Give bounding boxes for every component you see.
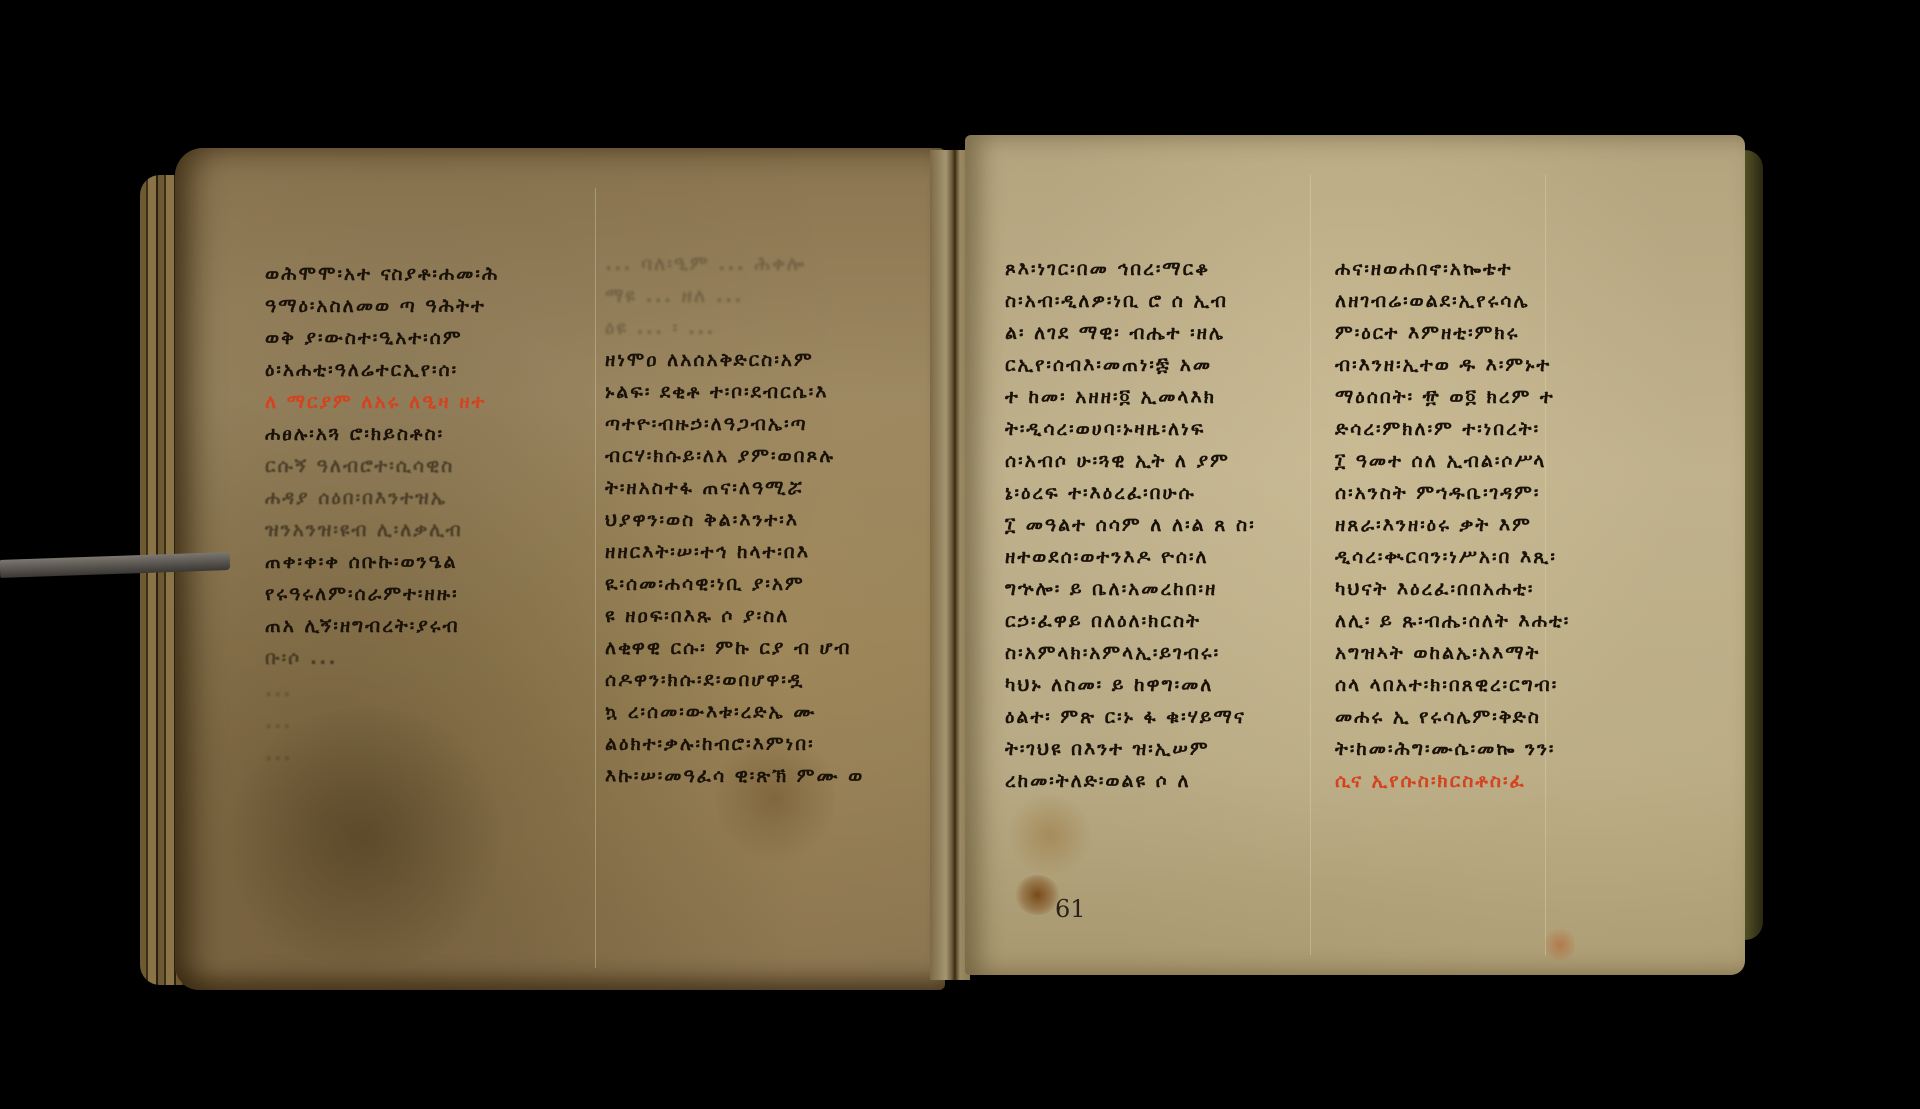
text-line: ካህናት እዕረፈ፡በበአሐቲ፡: [1335, 573, 1570, 605]
text-line: ፲ መዓልተ ሰሳም ለ ለ፡ል ጸ ስ፡: [1005, 509, 1256, 541]
text-line: ማዕሰበት፡ ፹ ወ፬ ክረም ተ: [1335, 381, 1570, 413]
text-line: ዩ ዘዐፍ፡በእጹ ሶ ያ፡ስለ: [605, 600, 864, 632]
left-page-column-2: ... ባለ፡ዒም ... ሕቀሎ ማዩ ... ዘለ ... ዕዩ ... ፡…: [605, 248, 864, 792]
text-line: ጠቀ፡ቀ፡ቀ ሰቡኩ፡ወንዔል: [265, 546, 499, 578]
text-line: ት፡ዲሳረ፡ወሀባ፡ኑዛዜ፡ለነፍ: [1005, 413, 1256, 445]
text-line: ርሱኝ ዓለብሮተ፡ሲሳዊስ: [265, 450, 499, 482]
text-line: ጣተዮ፡ብዙኃ፡ለዓጋብኤ፡ጣ: [605, 408, 864, 440]
text-line: ብርሃ፡ክሱይ፡ለአ ያም፡ወበጾሉ: [605, 440, 864, 472]
text-line: ...: [265, 674, 499, 706]
text-line: ድሳረ፡ምክለ፡ም ተ፡ነበረት፡: [1335, 413, 1570, 445]
text-line: ዪ፡ሰመ፡ሐሳዊ፡ነቢ ያ፡አም: [605, 568, 864, 600]
text-line: ዘተወደሰ፡ወተንእዶ ዮሰ፡ለ: [1005, 541, 1256, 573]
ruling-line: [1310, 175, 1311, 955]
text-line: ህያዋን፡ወስ ቅል፡እንተ፡እ: [605, 504, 864, 536]
text-line: ስ፡አብ፡ዲለዎ፡ነቢ ሮ ሰ ኢብ: [1005, 285, 1256, 317]
text-line: ግኍሎ፡ ይ ቤለ፡አመረከበ፡ዘ: [1005, 573, 1256, 605]
page-number: 61: [1055, 895, 1086, 923]
text-line: ት፡ከመ፡ሕግ፡ሙሴ፡መኰ ንን፡: [1335, 733, 1570, 765]
text-line: ብ፡እንዘ፡ኢተወ ዱ እ፡ምኑተ: [1335, 349, 1570, 381]
text-line: ዕዩ ... ፡ ...: [605, 312, 864, 344]
text-line: ረከመ፡ትለድ፡ወልዩ ሶ ለ: [1005, 765, 1256, 797]
text-line: ሰ፡አንስት ምኀዱቤ፡ገዳም፡: [1335, 477, 1570, 509]
text-line: መሐሩ ኢ የሩሳሌም፡ቅድስ: [1335, 701, 1570, 733]
text-line: ...: [265, 706, 499, 738]
text-line: ርኃ፡ፈዋይ በለዕለ፡ክርስት: [1005, 605, 1256, 637]
text-line: ሰላ ላበአተ፡ክ፡በጸዊረ፡ርግብ፡: [1335, 669, 1570, 701]
text-line: ለሊ፡ ይ ጹ፡ብሔ፡ሰለት እሐቲ፡: [1335, 605, 1570, 637]
text-line-rubric: ለ ማርያም ለአሩ ለዒዛ ዘተ: [265, 386, 499, 418]
text-line: ሰዶዋን፡ክሱ፡ደ፡ወበሆዋ፡ዷ: [605, 664, 864, 696]
text-line: ወቅ ያ፡ውስተ፡ዒአተ፡ሰም: [265, 322, 499, 354]
right-page-column-2: ሐና፡ዘወሐበኖ፡አኰቴተ ለዘገብሬ፡ወልደ፡ኢየሩሳሌ ም፡ዕርተ እምዘቲ…: [1335, 253, 1570, 797]
ruling-line: [595, 188, 596, 968]
text-line: ት፡ዘአስተፋ ጠና፡ለዓሚሯ: [605, 472, 864, 504]
left-page-column-1: ወሕሞሞ፡አተ ናስያቶ፡ሐመ፡ሕ ዓማዕ፡አስለመወ ጣ ዓሕትተ ወቅ ያ፡…: [265, 258, 499, 770]
left-page: ወሕሞሞ፡አተ ናስያቶ፡ሐመ፡ሕ ዓማዕ፡አስለመወ ጣ ዓሕትተ ወቅ ያ፡…: [175, 148, 945, 990]
stain: [1545, 925, 1575, 965]
text-line: ል፡ ለገደ ማዊ፡ ብሔተ ፡ዘሌ: [1005, 317, 1256, 349]
text-line-rubric: ሲና ኢየሱስ፡ክርስቶስ፡ፈ: [1335, 765, 1570, 797]
text-line: ም፡ዕርተ እምዘቲ፡ምክሩ: [1335, 317, 1570, 349]
manuscript-photo: ወሕሞሞ፡አተ ናስያቶ፡ሐመ፡ሕ ዓማዕ፡አስለመወ ጣ ዓሕትተ ወቅ ያ፡…: [0, 0, 1920, 1109]
text-line: የሩዓሩለም፡ሰራምተ፡ዘዙ፡: [265, 578, 499, 610]
text-line: ካህኑ ለስመ፡ ይ ከዋግ፡መለ: [1005, 669, 1256, 701]
text-line: ማዩ ... ዘለ ...: [605, 280, 864, 312]
text-line: ርኢየ፡ሰብእ፡መጠነ፡፷ አመ: [1005, 349, 1256, 381]
text-line: ወሕሞሞ፡አተ ናስያቶ፡ሐመ፡ሕ: [265, 258, 499, 290]
text-line: ት፡ገህዩ በእንተ ዝ፡ኢሠም: [1005, 733, 1256, 765]
text-line: ዕልተ፡ ምጽ ር፡ኑ ፋ ቁ፡ሃይማና: [1005, 701, 1256, 733]
text-line: እኩ፡ሠ፡መዓፈሳ ዊ፡ጽኽ ምሙ ወ: [605, 760, 864, 792]
right-page-column-1: ጾእ፡ነገር፡በመ ኅበረ፡ማርቆ ስ፡አብ፡ዲለዎ፡ነቢ ሮ ሰ ኢብ ል፡ …: [1005, 253, 1256, 797]
text-line: ዘዘርእት፡ሠ፡ተኅ ከላተ፡በእ: [605, 536, 864, 568]
binding-gutter: [930, 150, 970, 980]
text-line: ኔ፡ዕረፍ ተ፡እዕረፈ፡በሁሱ: [1005, 477, 1256, 509]
text-line: ዓማዕ፡አስለመወ ጣ ዓሕትተ: [265, 290, 499, 322]
text-line: ሰ፡አብሶ ሁ፡ጓዊ ኢት ለ ያም: [1005, 445, 1256, 477]
text-line: ዝንአንዝ፡ዩብ ሊ፡ለቃሊብ: [265, 514, 499, 546]
text-line: ቡ፡ሶ ...: [265, 642, 499, 674]
text-line: ሐዳያ ሰዕበ፡በእንተዝኤ: [265, 482, 499, 514]
stain: [1005, 795, 1095, 875]
text-line: ለቂዋዊ ርሱ፡ ምኩ ርያ ብ ሆብ: [605, 632, 864, 664]
text-line: ተ ከመ፡ አዘዘ፡፬ ኢመላእክ: [1005, 381, 1256, 413]
text-line: አግዝኣት ወከልኤ፡አእማት: [1335, 637, 1570, 669]
text-line: ... ባለ፡ዒም ... ሕቀሎ: [605, 248, 864, 280]
text-line: ዘጸራ፡እንዘ፡ዕሩ ቃት እም: [1335, 509, 1570, 541]
text-line: ሐና፡ዘወሐበኖ፡አኰቴተ: [1335, 253, 1570, 285]
stain: [1015, 875, 1060, 915]
text-line: ኑልፍ፡ ደቂቶ ተ፡ቦ፡ደብርሴ፡እ: [605, 376, 864, 408]
right-page: ጾእ፡ነገር፡በመ ኅበረ፡ማርቆ ስ፡አብ፡ዲለዎ፡ነቢ ሮ ሰ ኢብ ል፡ …: [965, 135, 1745, 975]
text-line: ጾእ፡ነገር፡በመ ኅበረ፡ማርቆ: [1005, 253, 1256, 285]
text-line: ጠአ ሊኝ፡ዘግብረት፡ያሩብ: [265, 610, 499, 642]
text-line: ስ፡አምላክ፡አምላኢ፡ይገብሩ፡: [1005, 637, 1256, 669]
text-line: ዲሳረ፡ቊርባን፡ነሥአ፡በ እጺ፡: [1335, 541, 1570, 573]
text-line: ዕ፡አሐቲ፡ዓለሬተርኢየ፡ሰ፡: [265, 354, 499, 386]
text-line: ሐፀሉ፡አጓ ሮ፡ክይስቶስ፡: [265, 418, 499, 450]
text-line: ፲ ዓመተ ሰለ ኢብል፡ሶሥላ: [1335, 445, 1570, 477]
text-line: ዘነሞዐ ለአሰአቅድርስ፡አም: [605, 344, 864, 376]
text-line: ልዕክተ፡ቃሉ፡ከብሮ፡እምነበ፡: [605, 728, 864, 760]
text-line: ኳ ረ፡ሰመ፡ውእቱ፡ረድኤ ሙ: [605, 696, 864, 728]
text-line: ...: [265, 738, 499, 770]
text-line: ለዘገብሬ፡ወልደ፡ኢየሩሳሌ: [1335, 285, 1570, 317]
